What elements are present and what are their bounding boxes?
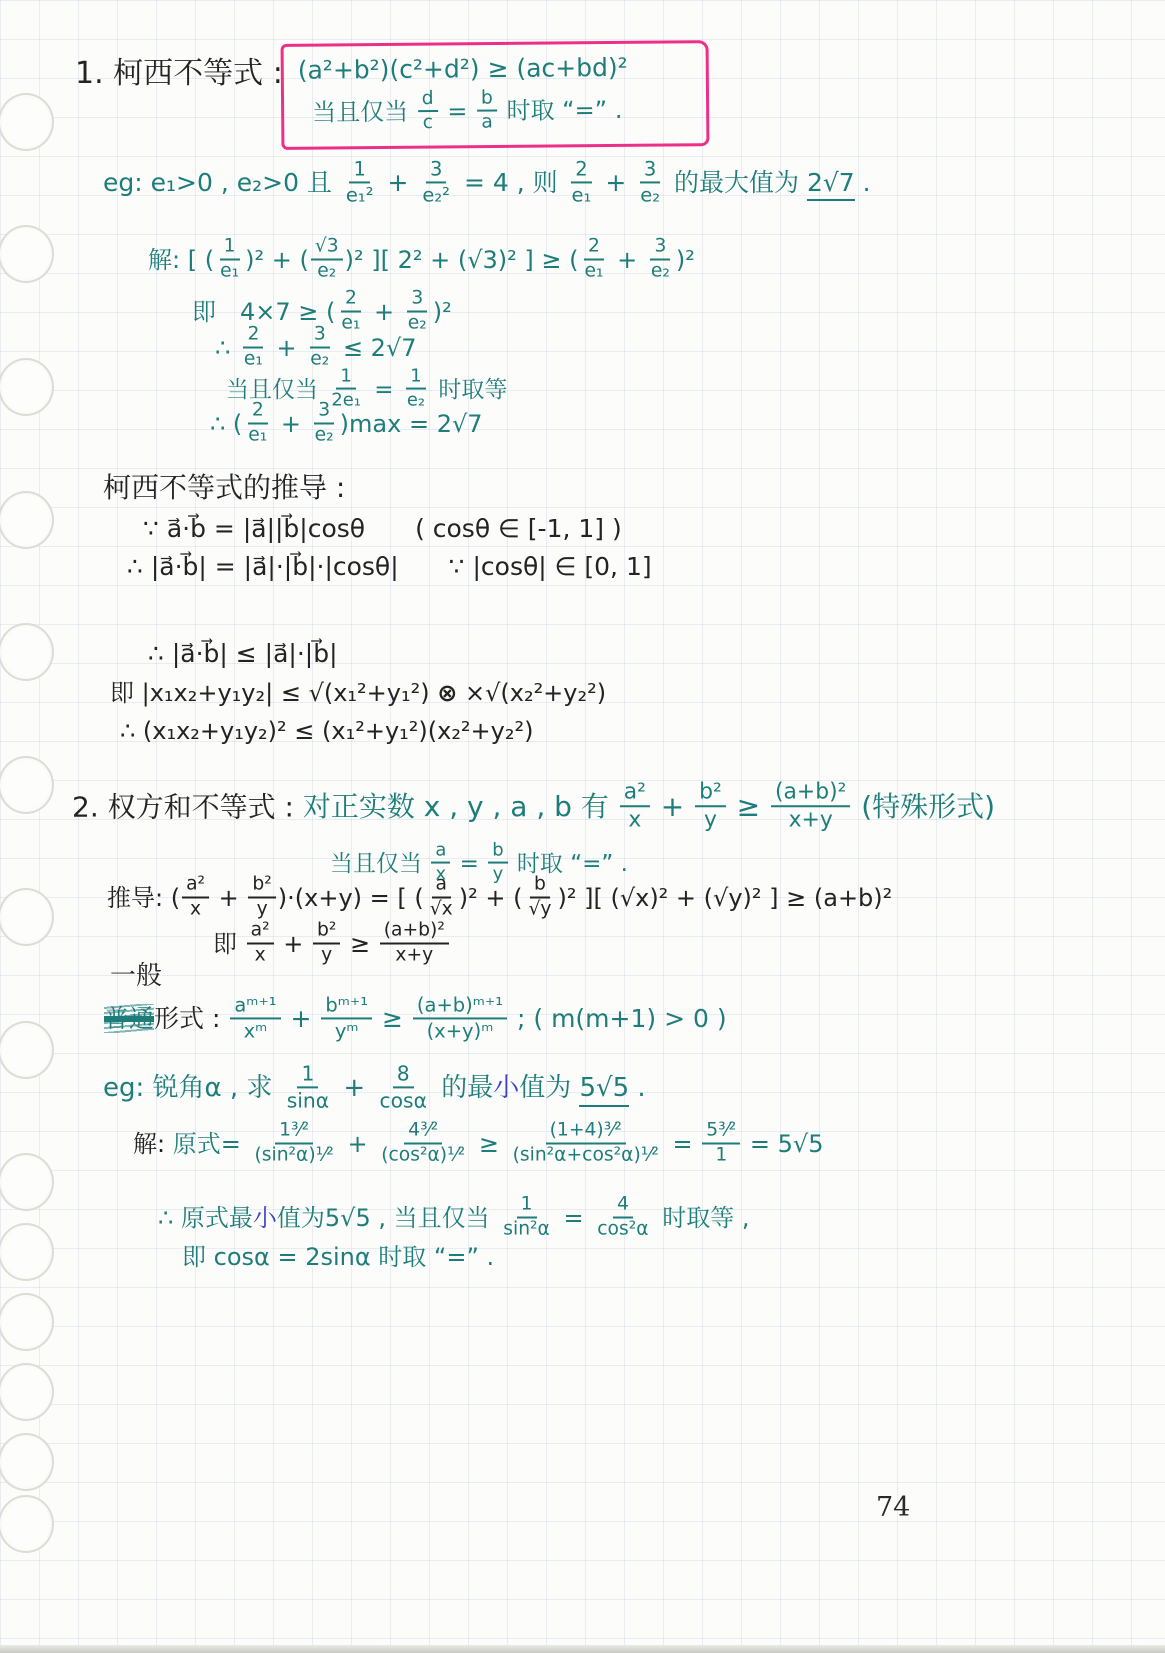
section2-title: 2. 权方和不等式 : 对正实数 x , y , a , b 有 a²x + b… xyxy=(72,782,995,835)
binder-hole xyxy=(0,225,54,283)
cauchy-formula-highlight-box: (a²+b²)(c²+d²) ≥ (ac+bd)² 当且仅当 dc = ba 时… xyxy=(281,40,710,150)
example2-solution-step2: ∴ 原式最小值为5√5 , 当且仅当 1sin²α = 4cos²α 时取等 , xyxy=(158,1196,749,1242)
example2-problem: eg: 锐角α , 求 1sinα + 8cosα 的最小值为 5√5 . xyxy=(103,1064,646,1113)
example1-solution-result: ∴ (2e₁ + 3e₂)max = 2√7 xyxy=(210,402,483,448)
binder-hole xyxy=(0,1363,54,1421)
example1-solution-step3: ∴ 2e₁ + 3e₂ ≤ 2√7 xyxy=(215,326,417,372)
derivation-line-3: ∴ |a⃗·b⃗| ≤ |a⃗|·|b⃗| xyxy=(148,638,338,669)
derivation-line-2: ∴ |a⃗·b⃗| = |a⃗|·|b⃗|·|cosθ| ∵ |cosθ| ∈ … xyxy=(127,551,652,582)
section2-derivation-result: 即 a²x + b²y ≥ (a+b)²x+y xyxy=(213,922,451,968)
binder-hole xyxy=(0,1433,54,1491)
general-form-line: 普通形式 : aᵐ⁺¹xᵐ + bᵐ⁺¹yᵐ ≥ (a+b)ᵐ⁺¹(x+y)ᵐ … xyxy=(104,996,727,1044)
binder-hole xyxy=(0,93,54,151)
binder-hole xyxy=(0,1153,54,1211)
binder-hole xyxy=(0,1293,54,1351)
binder-hole xyxy=(0,491,54,549)
binder-hole xyxy=(0,358,54,416)
binder-hole xyxy=(0,1223,54,1281)
derivation-line-4: 即 |x₁x₂+y₁y₂| ≤ √(x₁²+y₁²) ⊗ ×√(x₂²+y₂²) xyxy=(110,678,606,708)
example1-solution-step1: 解: [ (1e₁)² + (√3e₂)² ][ 2² + (√3)² ] ≥ … xyxy=(148,238,695,284)
example2-solution-step3: 即 cosα = 2sinα 时取 “=” . xyxy=(182,1242,494,1272)
general-form-correction-label: 一般 xyxy=(110,960,162,993)
section2-derivation: 推导: (a²x + b²y)·(x+y) = [ (a√x)² + (b√y)… xyxy=(107,876,892,922)
cauchy-equality-condition: 当且仅当 dc = ba 时取 “=” . xyxy=(312,88,696,137)
binder-hole xyxy=(0,888,54,946)
cauchy-inequality-formula: (a²+b²)(c²+d²) ≥ (ac+bd)² xyxy=(298,51,696,87)
binder-hole xyxy=(0,1495,54,1553)
binder-hole xyxy=(0,1021,54,1079)
binder-hole xyxy=(0,756,54,814)
derivation-line-1: ∵ a⃗·b⃗ = |a⃗||b⃗|cosθ ( cosθ ∈ [-1, 1] … xyxy=(143,513,622,544)
page-bottom-edge xyxy=(0,1645,1165,1653)
section1-title: 1. 柯西不等式 : xyxy=(75,55,283,93)
example1-problem: eg: e₁>0 , e₂>0 且 1e₁² + 3e₂² = 4 , 则 2e… xyxy=(103,160,871,208)
page-number: 74 xyxy=(876,1492,910,1523)
derivation-line-5: ∴ (x₁x₂+y₁y₂)² ≤ (x₁²+y₁²)(x₂²+y₂²) xyxy=(120,716,533,746)
binder-hole xyxy=(0,623,54,681)
cauchy-derivation-title: 柯西不等式的推导 : xyxy=(103,470,345,505)
example2-solution-step1: 解: 原式= 1³⁄²(sin²α)¹⁄² + 4³⁄²(cos²α)¹⁄² ≥… xyxy=(133,1122,824,1168)
notebook-page: 1. 柯西不等式 : (a²+b²)(c²+d²) ≥ (ac+bd)² 当且仅… xyxy=(0,0,1165,1653)
